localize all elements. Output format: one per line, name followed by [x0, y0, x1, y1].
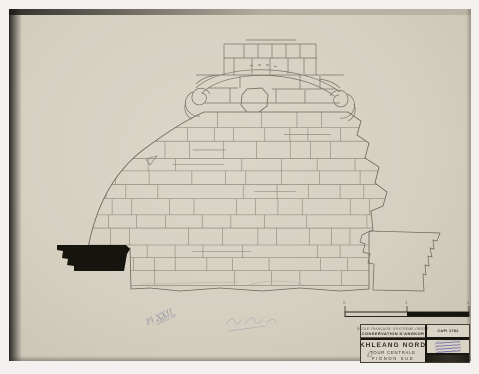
pencil-paraph-mark — [365, 348, 374, 360]
drawing-titles: KHLEANG NORD TOUR CENTRALE PIGNON SUD — [361, 340, 425, 362]
scale-bar: 0 1 2 — [343, 300, 470, 317]
org-department: CONSERVATION D'ANGKOR — [362, 331, 425, 336]
stamp-cell — [427, 340, 469, 353]
scale-tick-1: 1 — [405, 300, 408, 305]
dome-notch-detail — [146, 156, 157, 165]
view-name: PIGNON SUD — [372, 356, 415, 361]
pediment-elevation-drawing: 0 1 2 — [0, 0, 479, 374]
scale-tick-0: 0 — [343, 300, 346, 305]
right-molding-profile — [360, 231, 440, 291]
left-molding-silhouette — [57, 245, 130, 271]
drawing-ref-number: CAPI 1782 — [427, 325, 469, 337]
right-volute — [319, 79, 355, 121]
central-hole — [241, 88, 268, 112]
title-block: ÉCOLE FRANÇAISE D'EXTRÊME-ORIENT CONSERV… — [360, 324, 470, 363]
dark-label-strip — [427, 355, 469, 362]
title-block-side-column: CAPI 1782 — [425, 325, 469, 362]
band-apex-dashes — [250, 65, 277, 67]
title-block-main-cell: ÉCOLE FRANÇAISE D'EXTRÊME-ORIENT CONSERV… — [361, 325, 425, 362]
scale-tick-2: 2 — [467, 300, 470, 305]
organization-header: ÉCOLE FRANÇAISE D'EXTRÊME-ORIENT CONSERV… — [361, 325, 425, 338]
dome-outline — [88, 112, 387, 291]
structure-name: TOUR CENTRALE — [370, 350, 416, 355]
scale-bar-black-segment — [407, 312, 469, 317]
scanned-drawing-sheet: 0 1 2 Pl XXII 2002 m ÉCOLE FRANÇAISE D'E… — [0, 0, 479, 374]
handwritten-scribble — [226, 318, 276, 331]
purple-archive-stamp — [436, 340, 461, 353]
